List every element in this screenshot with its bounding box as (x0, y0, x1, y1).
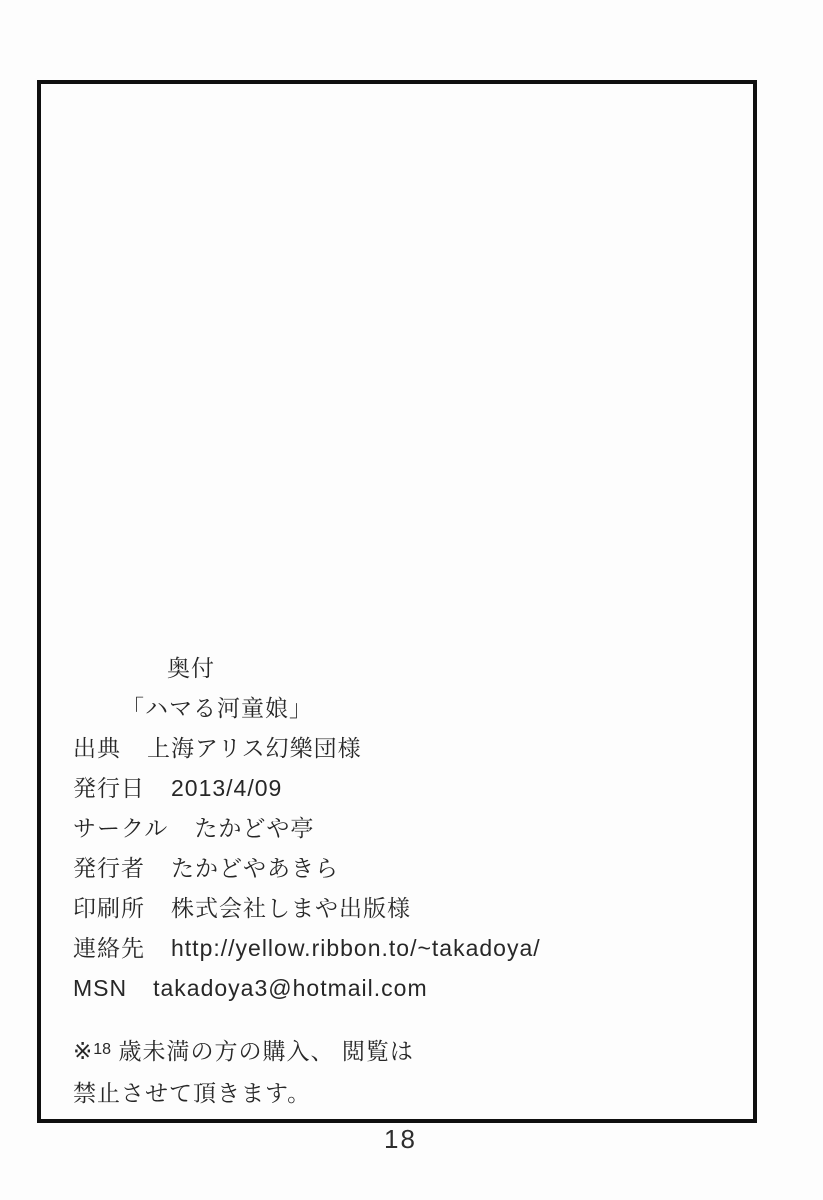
book-title: 「ハマる河童娘」 (73, 688, 541, 728)
entry-label: 発行日 (73, 768, 145, 808)
notice-prefix-mark: ※ (73, 1038, 93, 1064)
colophon-entry-msn-email: MSN takadoya3@hotmail.com (73, 968, 541, 1008)
notice-line-2: 禁止させて頂きます。 (73, 1072, 541, 1114)
entry-label: 発行者 (73, 848, 145, 888)
colophon-heading-text: 奥付 (167, 655, 215, 681)
colophon-entry-circle: サークル たかどや亭 (73, 808, 541, 848)
colophon-entry-printer: 印刷所 株式会社しまや出版様 (73, 888, 541, 928)
entry-value: 株式会社しまや出版様 (171, 888, 411, 928)
notice-line2-text: 禁止させて頂きます。 (73, 1080, 311, 1106)
page-number-text: 18 (384, 1124, 417, 1154)
colophon-entry-contact-url: 連絡先 http://yellow.ribbon.to/~takadoya/ (73, 928, 541, 968)
age-restriction-notice: ※18 歳未満の方の購入、 閲覧は 禁止させて頂きます。 (73, 1030, 541, 1114)
page-number: 18 (384, 1124, 417, 1155)
entry-label: サークル (73, 808, 168, 848)
colophon-entry-source: 出典 上海アリス幻樂団様 (73, 728, 541, 768)
entry-value: たかどや亭 (194, 808, 314, 848)
notice-line-1: ※18 歳未満の方の購入、 閲覧は (73, 1030, 541, 1072)
colophon-heading: 奥付 (73, 648, 541, 688)
colophon-entry-date: 発行日 2013/4/09 (73, 768, 541, 808)
entry-value: 上海アリス幻樂団様 (147, 728, 362, 768)
entry-label: 連絡先 (73, 928, 145, 968)
entry-label: MSN (73, 968, 127, 1008)
colophon-block: 奥付 「ハマる河童娘」 出典 上海アリス幻樂団様 発行日 2013/4/09 サ… (73, 648, 541, 1114)
contact-url-text: http://yellow.ribbon.to/~takadoya/ (171, 928, 541, 968)
entry-value: 2013/4/09 (171, 768, 282, 808)
entry-label: 出典 (73, 728, 121, 768)
entry-label: 印刷所 (73, 888, 145, 928)
colophon-entry-publisher: 発行者 たかどやあきら (73, 848, 541, 888)
entry-value: たかどやあきら (171, 848, 339, 888)
book-title-text: 「ハマる河童娘」 (121, 695, 313, 721)
notice-age-number: 18 (93, 1041, 111, 1058)
msn-email-text: takadoya3@hotmail.com (153, 968, 427, 1008)
notice-line1-text: 歳未満の方の購入、 閲覧は (111, 1038, 414, 1064)
